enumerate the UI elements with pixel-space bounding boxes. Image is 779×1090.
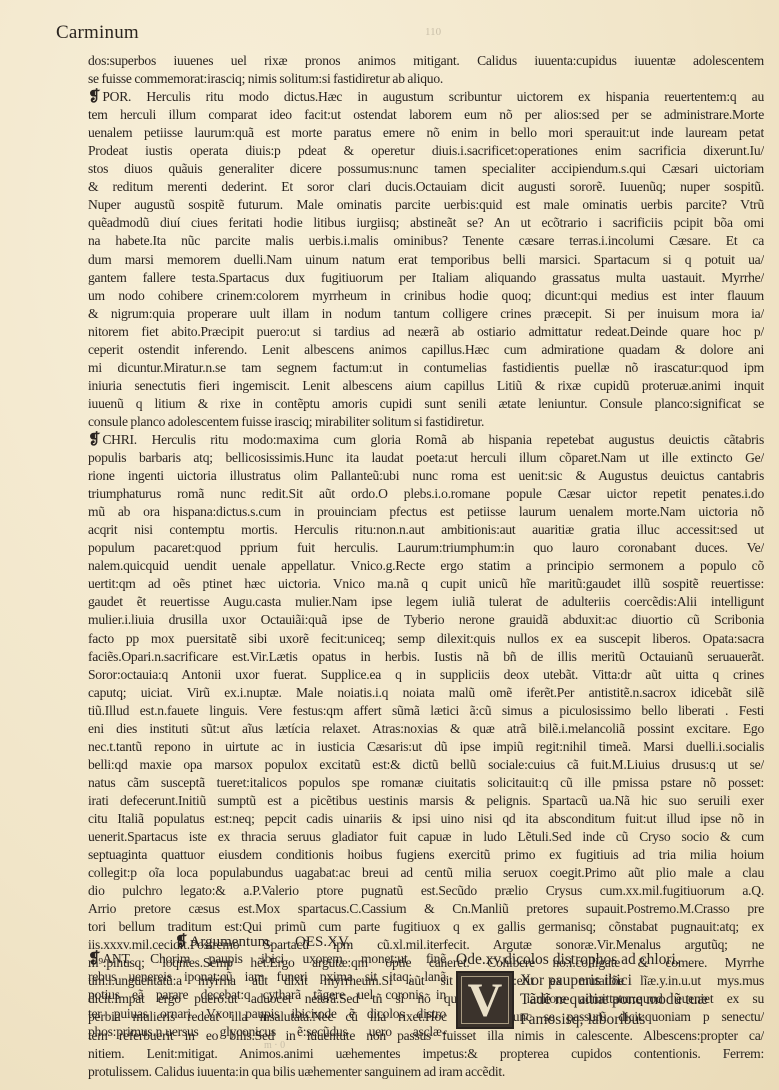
text-line: tiũ.Illud est.n.fauete linguis. Vere fes… xyxy=(88,702,764,720)
ode-number: OES.XV. xyxy=(295,934,351,950)
text-line: uenerit.Spartacus iste ex thracia seruus… xyxy=(88,828,764,846)
text-line: mi dicuntur.Miratur.n.se tam segnem fact… xyxy=(88,359,764,377)
text-line: ❡CHRI. Herculis ritu modo:maxima cum glo… xyxy=(88,431,764,449)
text-line: & reditum merenti dederint. Et soror cla… xyxy=(88,178,764,196)
pilcrow-icon: ❡ xyxy=(88,951,100,967)
argument-heading: ❡Argumentum.OES.XV. xyxy=(175,932,351,951)
text-line: gaudet ẽt reuertisse Augu.casta mulier.N… xyxy=(88,593,764,611)
text-line: nitorem fiet abito.Præcipit puero:ut si … xyxy=(88,323,764,341)
text-line: tem herculi illum comparat ideo facit:ut… xyxy=(88,106,764,124)
text-line: iniuria senectutis fieri ingemiscit. Len… xyxy=(88,377,764,395)
text-line: quẽadmodũ diuí ciues feritati hodie liti… xyxy=(88,214,764,232)
verse-line: Xor pauperis ibici xyxy=(520,971,708,990)
text-line: rione ingenti uictoria illustratus olim … xyxy=(88,467,764,485)
text-line: eni dies instituti sũt:ut aĩus lætícia r… xyxy=(88,720,764,738)
ode-commentary: ❡ANT. Chorim paupis ibici uxorem monet:u… xyxy=(88,950,446,1041)
text-line: potius eã parare decebat:q cytharã tãger… xyxy=(88,986,446,1004)
text-line: & nigrum:quia properare uult illam in no… xyxy=(88,305,764,323)
text-line: nitiem. Lenit:mitigat. Animos.animi uæhe… xyxy=(88,1045,764,1063)
text-line: um nodo cohibere crinem:colorem myrrheum… xyxy=(88,287,764,305)
argument-label: Argumentum. xyxy=(190,934,273,950)
ode-text: Ode.xv.dicolos distrophos ad chlori. V X… xyxy=(456,950,766,1029)
text-line: rebus uenereis iponat:cũ iam funeri pxim… xyxy=(88,968,446,986)
text-line: dum marsi memorem duelli.Nam uinum natum… xyxy=(88,251,764,269)
text-line: uenalem petiisse laurum:quã est morte pa… xyxy=(88,124,764,142)
text-line: populis barbaris atq; bellicosissimis.Hu… xyxy=(88,449,764,467)
text-line: Arrio pretore cæsus est.Mox spartacus.C.… xyxy=(88,900,764,918)
text-line: se fuisse commemorat:irasciq; nimis soli… xyxy=(88,70,764,88)
pilcrow-icon: ❡ xyxy=(88,89,100,105)
text-line: septuaginta quattuor eiusdem conditionis… xyxy=(88,846,764,864)
pilcrow-icon: ❡ xyxy=(175,934,188,950)
text-line: consule planco adolescentem fuisse irasc… xyxy=(88,413,764,431)
text-line: gantem fallere testa.Spartacus dux fugit… xyxy=(88,269,764,287)
text-line: natus cãm susceptã tueret:italicos popul… xyxy=(88,774,764,792)
text-line: irati defecerunt.Initiũ sumptũ est a pic… xyxy=(88,792,764,810)
book-page: Carminum 110 dos:superbos iuuenes uel ri… xyxy=(0,0,779,1090)
text-line: collegit:p oĩa loca populabundus uagabat… xyxy=(88,864,764,882)
text-line: mulier.i.liuia drusilla uxor Octauiãi:qu… xyxy=(88,611,764,629)
text-line: ceperit ostendit inferendo. Lenit albesc… xyxy=(88,341,764,359)
text-line: na habete.Ita nũc parcite malis uerbis.i… xyxy=(88,232,764,250)
bleed-through-text: m · 0 xyxy=(264,1040,285,1051)
text-line: ❡ANT. Chorim paupis ibici uxorem monet:u… xyxy=(88,950,446,968)
ode-title: Ode.xv.dicolos distrophos ad chlori. xyxy=(456,950,766,969)
text-line: mũ ab ora hispana:dictus.s.cum in prouin… xyxy=(88,503,764,521)
text-line: caputq; uiciat. Virũ ex.i.nuptæ. Male no… xyxy=(88,684,764,702)
bleed-through-folio: 110 xyxy=(425,26,441,38)
pilcrow-icon: ❡ xyxy=(88,432,100,448)
text-line: iuuenũ q litium & rixe in contẽptu amori… xyxy=(88,395,764,413)
verse-line: Tãdẽ nequitiæ pone modũ tuæ xyxy=(520,990,708,1009)
text-line: Prodeat iustis operata diuis:p pdeat & o… xyxy=(88,142,764,160)
text-line: dio pulchro legato:& a.P.Valerio ptore p… xyxy=(88,882,764,900)
text-line: nalem.quicquid uendit uenale appellatur.… xyxy=(88,557,764,575)
text-line: protulissem. Calidus iuuenta:in qua bili… xyxy=(88,1063,764,1081)
running-head: Carminum xyxy=(56,22,139,44)
text-line: nec.t.tantũ repono in uirtute ac in iust… xyxy=(88,738,764,756)
commentary-body: dos:superbos iuuenes uel rixæ pronos ani… xyxy=(88,52,764,1081)
text-line: dos:superbos iuuenes uel rixæ pronos ani… xyxy=(88,52,764,70)
text-line: populum pacaret:quod pprium fuit herculi… xyxy=(88,539,764,557)
text-line: phos:primus.n.uersus glyconicus ẽ:secũdu… xyxy=(88,1023,446,1041)
decorated-initial-v: V xyxy=(456,971,514,1029)
text-line: Soror:octauia:q Antonii uxor fuerat. Sup… xyxy=(88,666,764,684)
text-line: belli:qd maxie opa marsox populox excita… xyxy=(88,756,764,774)
text-line: ter puiuas ornari. Vxor paupis ibici:ode… xyxy=(88,1005,446,1023)
verse-line: Famosisq; laboribus xyxy=(520,1010,708,1029)
text-line: stos diuos quãuis generaliter dicere pos… xyxy=(88,160,764,178)
text-line: citu Italiã populatus est:neq; pepcit ca… xyxy=(88,810,764,828)
text-line: faciẽs.Opari.n.sacrificare est.Vir.Lætis… xyxy=(88,648,764,666)
text-line: facto pp mox puersitatẽ sibi uxorẽ fecit… xyxy=(88,630,764,648)
text-line: uertit:qm ad oẽs ptinet hæc uictoria. Vn… xyxy=(88,575,764,593)
text-line: triumphaturus romã nunc redit.Sit aũt or… xyxy=(88,485,764,503)
text-line: acqrit nisi contemptu mortis. Herculis r… xyxy=(88,521,764,539)
text-line: Nuper augustũ sospitẽ futurum. Male omin… xyxy=(88,196,764,214)
text-line: ❡POR. Herculis ritu modo dictus.Hæc in a… xyxy=(88,88,764,106)
